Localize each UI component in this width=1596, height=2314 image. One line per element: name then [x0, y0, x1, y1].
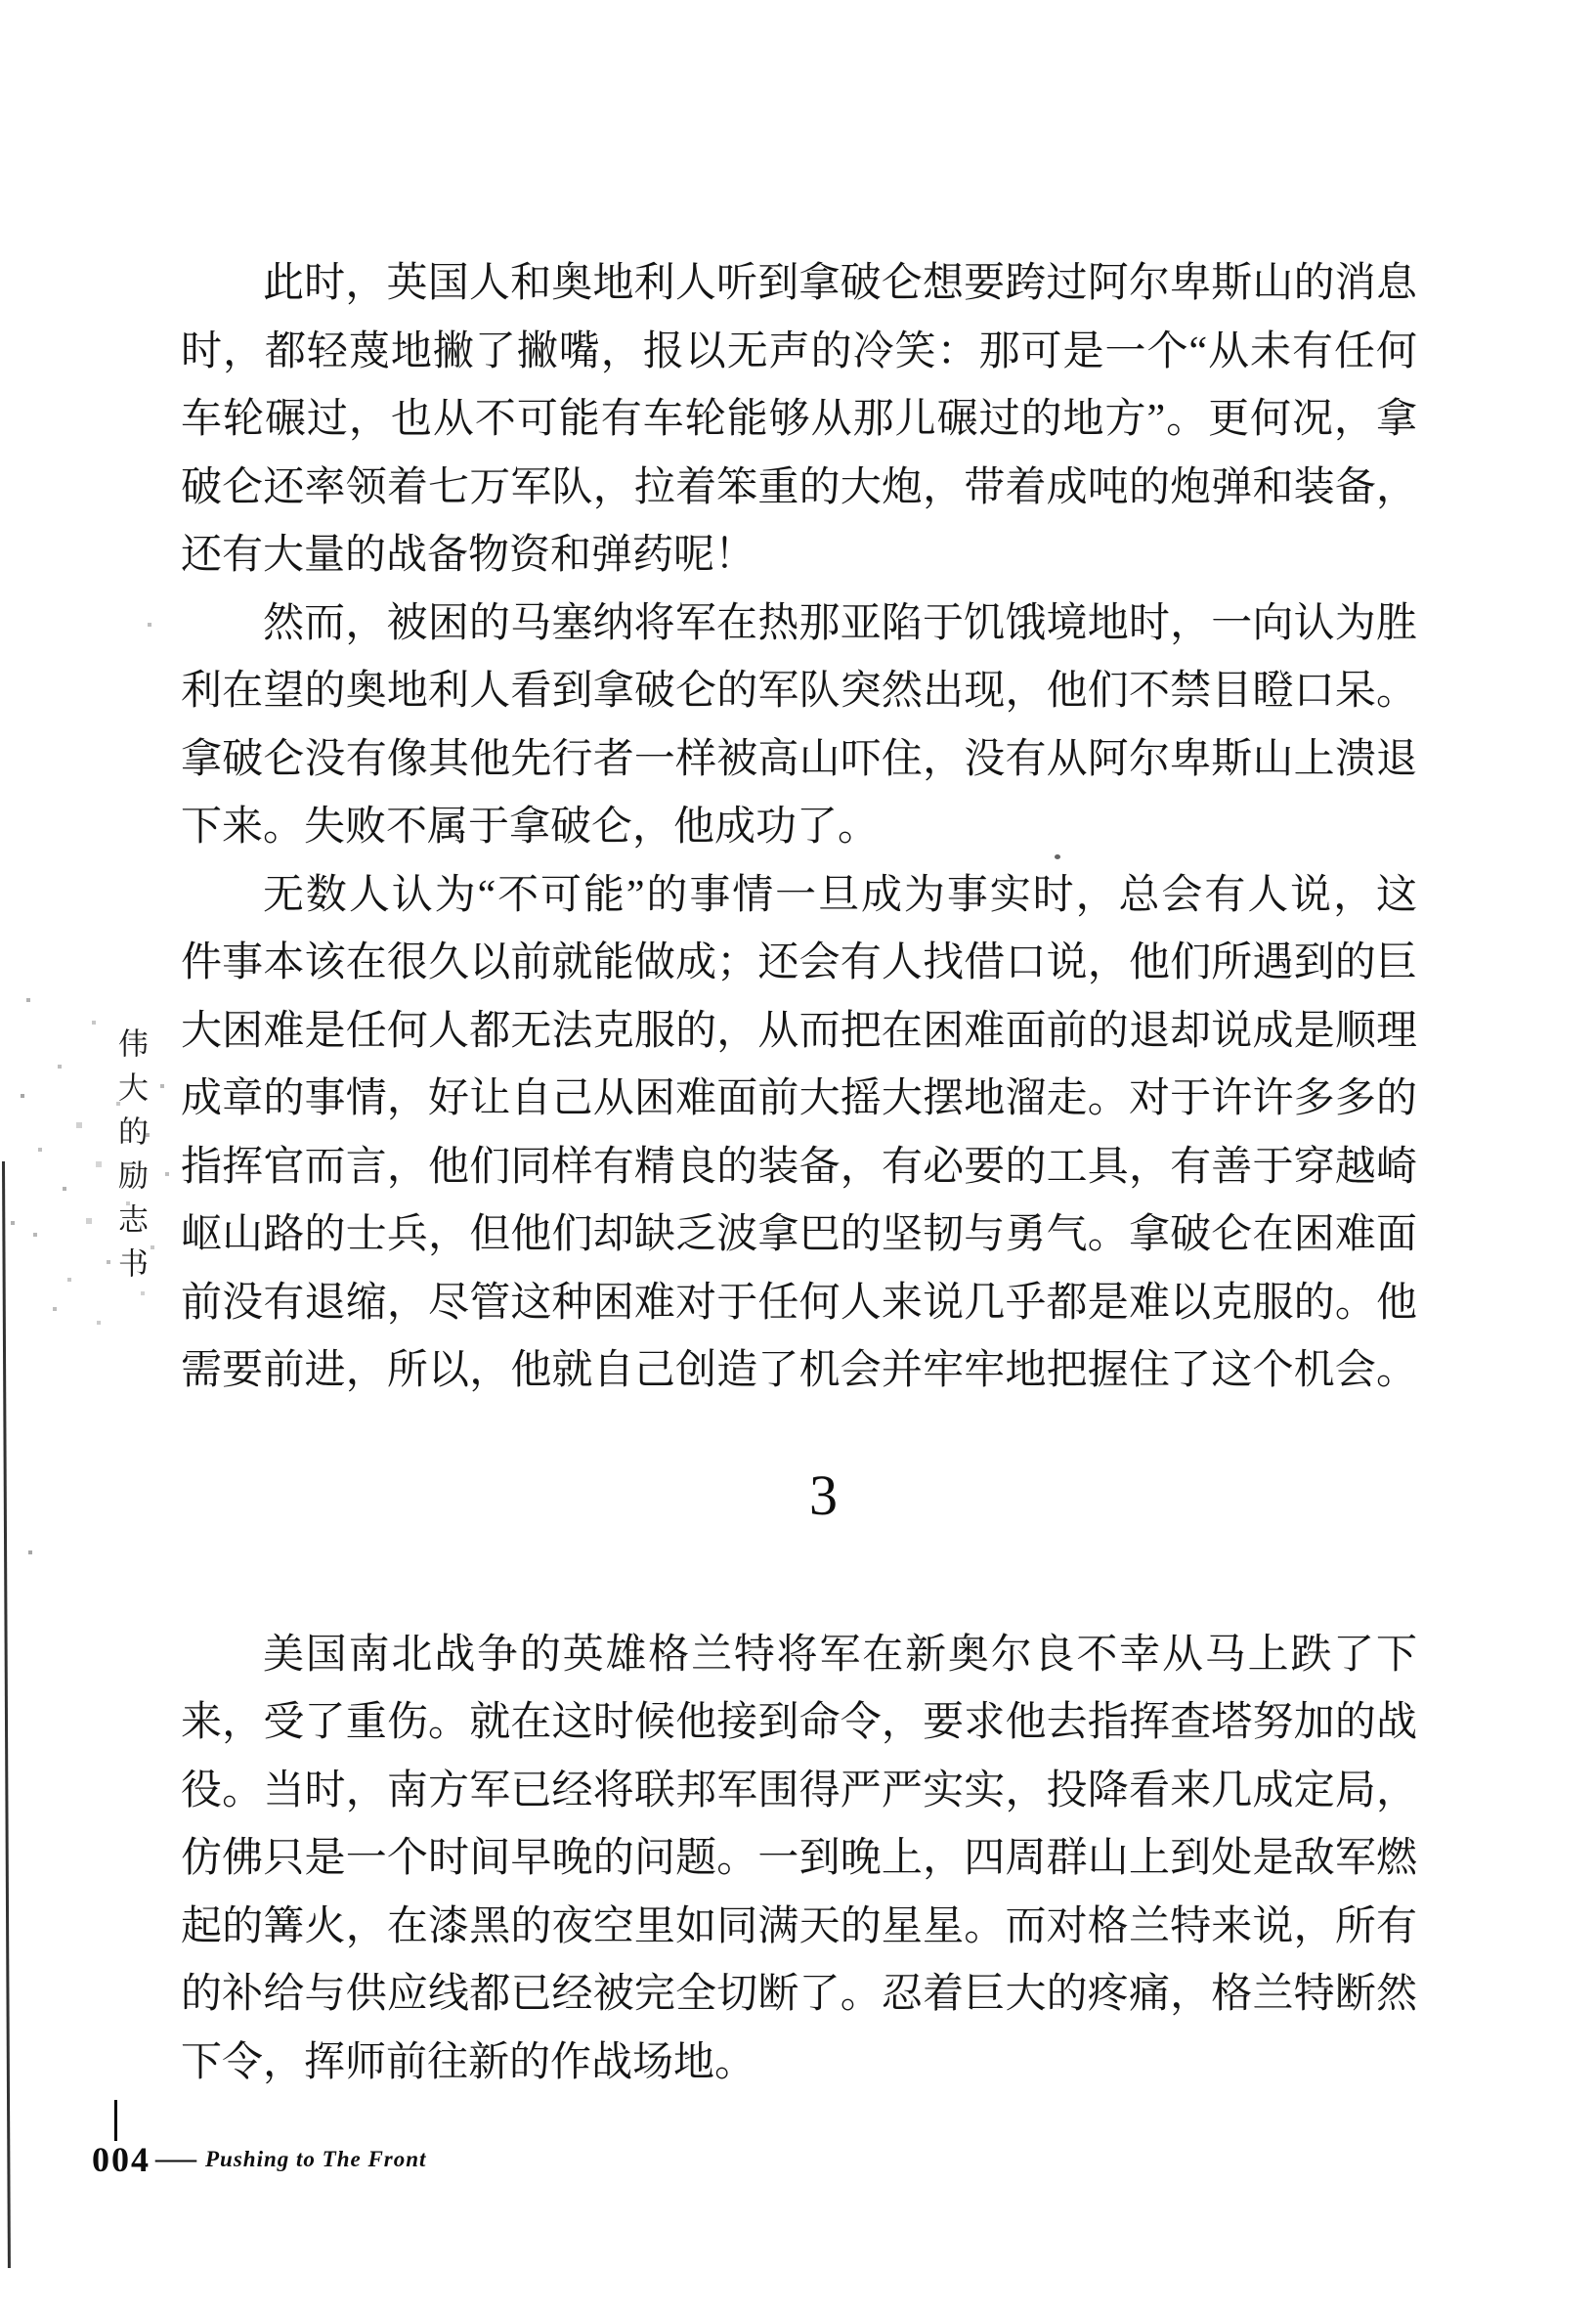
text-line: 此时，英国人和奥地利人听到拿破仑想要跨过阿尔卑斯山的消息: [181, 250, 1417, 319]
scan-edge-line: [2, 1161, 11, 2268]
text-line: 岖山路的士兵，但他们却缺乏波拿巴的坚韧与勇气。拿破仑在困难面: [181, 1201, 1417, 1270]
text-line: 车轮碾过，也从不可能有车轮能够从那儿碾过的地方”。更何况，拿: [181, 386, 1417, 455]
page-number: 004: [92, 2139, 151, 2180]
text-line: 美国南北战争的英雄格兰特将军在新奥尔良不幸从马上跌了下: [181, 1622, 1417, 1690]
sidebar-book-title: 伟大的励志书: [108, 1027, 152, 1291]
book-title-english: Pushing to The Front: [205, 2147, 426, 2172]
text-line: 仿佛只是一个时间早晚的问题。一到晚上，四周群山上到处是敌军燃: [181, 1825, 1417, 1894]
text-line: 下令，挥师前往新的作战场地。: [181, 2030, 1417, 2098]
text-line: 成章的事情，好让自己从困难面前大摇大摆地溜走。对于许许多多的: [181, 1066, 1417, 1134]
text-column: 此时，英国人和奥地利人听到拿破仑想要跨过阿尔卑斯山的消息时，都轻蔑地撇了撇嘴，报…: [181, 250, 1417, 2097]
text-line: 还有大量的战备物资和弹药呢！: [181, 522, 1417, 590]
scan-noise-specks: [0, 0, 2, 2]
footer-dash: —: [155, 2144, 196, 2175]
text-line: 破仑还率领着七万军队，拉着笨重的大炮，带着成吨的炮弹和装备，: [181, 455, 1417, 523]
text-line: 时，都轻蔑地撇了撇嘴，报以无声的冷笑：那可是一个“从未有任何: [181, 319, 1417, 387]
text-line: 役。当时，南方军已经将联邦军围得严严实实，投降看来几成定局，: [181, 1758, 1417, 1826]
text-line: 无数人认为“不可能”的事情一旦成为事实时，总会有人说，这: [181, 862, 1417, 931]
text-line: 起的篝火，在漆黑的夜空里如同满天的星星。而对格兰特来说，所有: [181, 1894, 1417, 1962]
text-line: 指挥官而言，他们同样有精良的装备，有必要的工具，有善于穿越崎: [181, 1134, 1417, 1202]
text-line: 的补给与供应线都已经被完全切断了。忍着巨大的疼痛，格兰特断然: [181, 1961, 1417, 2030]
text-line: 然而，被困的马塞纳将军在热那亚陷于饥饿境地时，一向认为胜: [181, 590, 1417, 659]
text-line: 大困难是任何人都无法克服的，从而把在困难面前的退却说成是顺理: [181, 998, 1417, 1067]
text-line: 拿破仑没有像其他先行者一样被高山吓住，没有从阿尔卑斯山上溃退: [181, 726, 1417, 795]
scan-dot-artifact: [1055, 854, 1060, 859]
text-line: 需要前进，所以，他就自己创造了机会并牢牢地把握住了这个机会。: [181, 1337, 1417, 1406]
page-footer: 004 — Pushing to The Front: [92, 2139, 426, 2180]
book-page: 伟大的励志书 此时，英国人和奥地利人听到拿破仑想要跨过阿尔卑斯山的消息时，都轻蔑…: [0, 0, 1596, 2314]
text-line: 件事本该在很久以前就能做成；还会有人找借口说，他们所遇到的巨: [181, 930, 1417, 998]
text-line: 前没有退缩，尽管这种困难对于任何人来说几乎都是难以克服的。他: [181, 1270, 1417, 1338]
footer-tick-mark: [114, 2100, 117, 2141]
text-line: 下来。失败不属于拿破仑，他成功了。: [181, 794, 1417, 862]
text-line: 来，受了重伤。就在这时候他接到命令，要求他去指挥查塔努加的战: [181, 1689, 1417, 1758]
text-line: 利在望的奥地利人看到拿破仑的军队突然出现，他们不禁目瞪口呆。: [181, 658, 1417, 726]
section-heading: 3: [181, 1462, 1417, 1530]
